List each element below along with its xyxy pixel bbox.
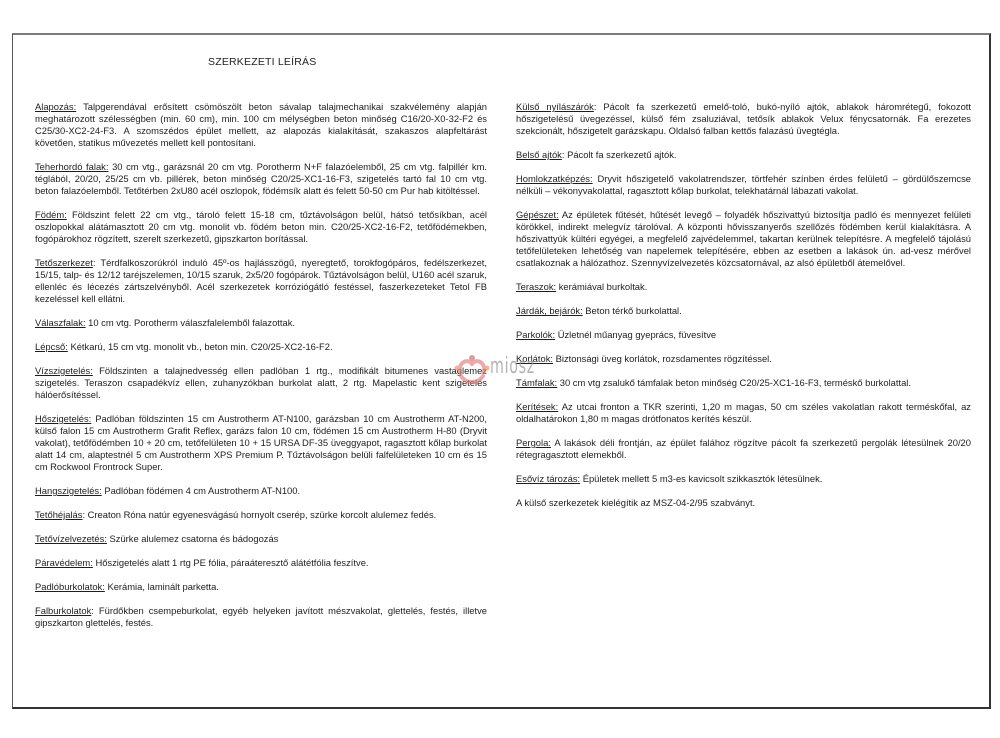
paragraph: Parkolók: Üzletnél műanyag gyeprács, füv… [516, 329, 971, 341]
section-text: Biztonsági üveg korlátok, rozsdamentes r… [553, 353, 772, 364]
paragraph: Gépészet: Az épületek fűtését, hűtését l… [516, 209, 971, 269]
section-text: : Creaton Róna natúr egyenesvágású horny… [82, 509, 436, 520]
section-text: Szürke alulemez csatorna és bádogozás [107, 533, 278, 544]
paragraph: Homlokzatképzés: Dryvit hőszigetelő vako… [516, 173, 971, 197]
section-label: Hangszigetelés: [35, 485, 102, 496]
section-label: Tetőhéjalás [35, 509, 82, 520]
section-label: Parkolók: [516, 329, 555, 340]
document-title: SZERKEZETI LEÍRÁS [208, 56, 316, 68]
paragraph: Tetőszerkezet: Térdfalkoszorúkról induló… [35, 257, 487, 305]
section-label: Belső ajtók [516, 149, 562, 160]
paragraph: Belső ajtók: Pácolt fa szerkezetű ajtók. [516, 149, 971, 161]
paragraph: Korlátok: Biztonsági üveg korlátok, rozs… [516, 353, 971, 365]
right-column: Külső nyílászárók: Pácolt fa szerkezetű … [516, 101, 971, 521]
section-text: A külső szerkezetek kielégítik az MSZ-04… [516, 497, 755, 508]
section-label: Külső nyílászárók [516, 101, 594, 112]
section-label: Alapozás: [35, 101, 76, 112]
section-label: Tetővízelvezetés: [35, 533, 107, 544]
paragraph: A külső szerkezetek kielégítik az MSZ-04… [516, 497, 971, 509]
section-label: Válaszfalak: [35, 317, 86, 328]
section-label: Teherhordó falak: [35, 161, 108, 172]
section-text: Kerámia, laminált parketta. [105, 581, 219, 592]
section-label: Tetőszerkezet [35, 257, 93, 268]
section-label: Falburkolatok [35, 605, 91, 616]
section-text: 30 cm vtg zsalukő támfalak beton minőség… [557, 377, 911, 388]
section-text: A lakások déli frontján, az épület faláh… [516, 437, 971, 460]
paragraph: Tetőhéjalás: Creaton Róna natúr egyenesv… [35, 509, 487, 521]
section-text: Talpgerendával erősített csömöszölt beto… [35, 101, 487, 148]
section-label: Födém: [35, 209, 67, 220]
paragraph: Hangszigetelés: Padlóban födémen 4 cm Au… [35, 485, 487, 497]
section-label: Pergola: [516, 437, 551, 448]
section-text: Földszinten a talajnedvesség ellen padló… [35, 365, 487, 400]
paragraph: Támfalak: 30 cm vtg zsalukő támfalak bet… [516, 377, 971, 389]
paragraph: Esővíz tározás: Épületek mellett 5 m3-es… [516, 473, 971, 485]
section-label: Hőszigetelés: [35, 413, 91, 424]
section-text: 10 cm vtg. Porotherm válaszfalelemből fa… [86, 317, 295, 328]
section-text: : Fürdőkben csempeburkolat, egyéb helyek… [35, 605, 487, 628]
section-label: Páravédelem: [35, 557, 93, 568]
paragraph: Tetővízelvezetés: Szürke alulemez csator… [35, 533, 487, 545]
paragraph: Kerítések: Az utcai fronton a TKR szerin… [516, 401, 971, 425]
section-text: Padlóban földszinten 15 cm Austrotherm A… [35, 413, 487, 472]
section-label: Lépcső: [35, 341, 68, 352]
section-label: Homlokzatképzés: [516, 173, 593, 184]
paragraph: Hőszigetelés: Padlóban földszinten 15 cm… [35, 413, 487, 473]
section-text: Padlóban födémen 4 cm Austrotherm AT-N10… [102, 485, 300, 496]
paragraph: Falburkolatok: Fürdőkben csempeburkolat,… [35, 605, 487, 629]
paragraph: Padlóburkolatok: Kerámia, laminált parke… [35, 581, 487, 593]
watermark: miosz [452, 352, 542, 386]
section-label: Teraszok: [516, 281, 556, 292]
section-label: Kerítések: [516, 401, 558, 412]
paragraph: Vízszigetelés: Földszinten a talajnedves… [35, 365, 487, 401]
paragraph: Teherhordó falak: 30 cm vtg., garázsnál … [35, 161, 487, 197]
watermark-text: miosz [490, 354, 535, 379]
section-label: Gépészet: [516, 209, 559, 220]
section-text: Hőszigetelés alatt 1 rtg PE fólia, páraá… [93, 557, 369, 568]
section-label: Esővíz tározás: [516, 473, 580, 484]
section-text: Épületek mellett 5 m3-es kavicsolt szikk… [580, 473, 822, 484]
section-text: Földszint felett 22 cm vtg., tároló fele… [35, 209, 487, 244]
paragraph: Páravédelem: Hőszigetelés alatt 1 rtg PE… [35, 557, 487, 569]
paragraph: Födém: Földszint felett 22 cm vtg., táro… [35, 209, 487, 245]
paragraph: Teraszok: kerámiával burkoltak. [516, 281, 971, 293]
section-label: Vízszigetelés: [35, 365, 93, 376]
paragraph: Alapozás: Talpgerendával erősített csömö… [35, 101, 487, 149]
left-column: Alapozás: Talpgerendával erősített csömö… [35, 101, 487, 641]
section-label: Padlóburkolatok: [35, 581, 105, 592]
paragraph: Pergola: A lakások déli frontján, az épü… [516, 437, 971, 461]
section-text: : Pácolt fa szerkezetű ajtók. [562, 149, 677, 160]
section-text: Az épületek fűtését, hűtését levegő – fo… [516, 209, 971, 268]
section-text: Üzletnél műanyag gyeprács, füvesítve [555, 329, 716, 340]
paragraph: Külső nyílászárók: Pácolt fa szerkezetű … [516, 101, 971, 137]
section-text: Az utcai fronton a TKR szerinti, 1,20 m … [516, 401, 971, 424]
people-circle-logo-icon [452, 352, 492, 386]
section-text: Kétkarú, 15 cm vtg. monolit vb., beton m… [68, 341, 333, 352]
section-label: Járdák, bejárók: [516, 305, 583, 316]
paragraph: Járdák, bejárók: Beton térkő burkolattal… [516, 305, 971, 317]
paragraph: Válaszfalak: 10 cm vtg. Porotherm válasz… [35, 317, 487, 329]
section-text: Beton térkő burkolattal. [583, 305, 682, 316]
section-text: : Térdfalkoszorúkról induló 45º-os hajlá… [35, 257, 487, 304]
section-text: kerámiával burkoltak. [556, 281, 647, 292]
paragraph: Lépcső: Kétkarú, 15 cm vtg. monolit vb.,… [35, 341, 487, 353]
